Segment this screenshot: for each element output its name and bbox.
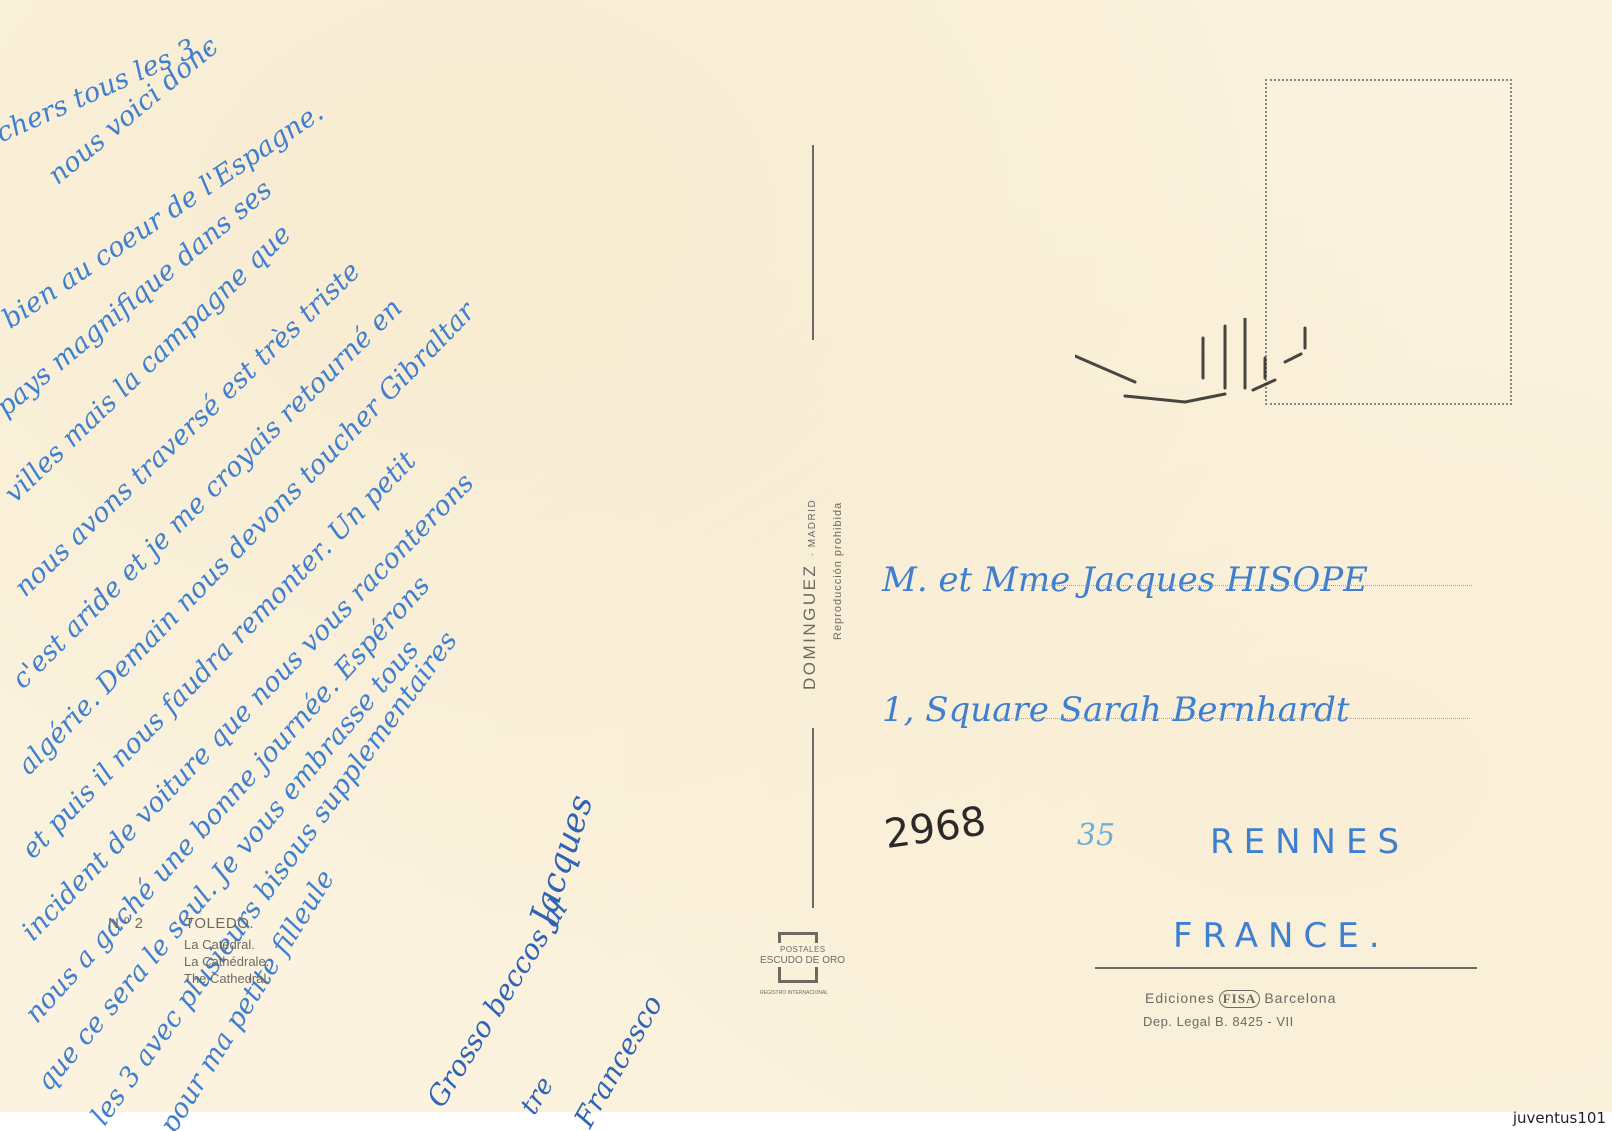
imprint-suffix: Barcelona <box>1264 990 1336 1006</box>
address-dotted-line <box>1027 585 1472 586</box>
address-line-2: 1, Square Sarah Bernhardt <box>882 690 1350 730</box>
caption-line-fr: La Cathédrale. <box>184 954 269 969</box>
address-dotted-line <box>1000 718 1470 719</box>
imprint-prefix: Ediciones <box>1145 990 1215 1006</box>
center-divider-top <box>812 145 814 340</box>
postmark-icon <box>1075 318 1315 418</box>
escudo-logo-registry: REGISTRO INTERNACIONAL <box>760 990 828 996</box>
imprint-publisher: EdicionesFISABarcelona <box>1145 990 1336 1008</box>
postscript-line: Grosso beccos al <box>420 893 575 1113</box>
address-line-1: M. et Mme Jacques HISOPE <box>882 560 1368 600</box>
publisher-name: DOMINGUEZ · MADRID <box>800 499 820 690</box>
publisher-name-text: DOMINGUEZ <box>800 564 819 690</box>
address-city: RENNES <box>1210 822 1409 862</box>
postcard-back: chers tous les 3 . nous voici donc bien … <box>0 0 1612 1112</box>
caption-number: N.º 2 <box>108 915 144 932</box>
publisher-city: · MADRID <box>807 499 818 557</box>
postscript-signature: Francesco <box>567 989 669 1131</box>
center-divider-bottom <box>812 728 814 908</box>
address-postcode: 35 <box>1077 818 1115 853</box>
escudo-logo-name: ESCUDO DE ORO <box>760 955 845 966</box>
pencil-note: 2968 <box>882 798 989 858</box>
escudo-logo-top: POSTALES <box>780 945 826 954</box>
message-line: bien au coeur de l'Espagne. <box>0 97 329 335</box>
imprint-rule <box>1095 967 1477 969</box>
fisa-logo: FISA <box>1219 990 1261 1008</box>
address-country: FRANCE. <box>1173 916 1390 956</box>
caption-line-en: The Cathedral. <box>184 971 270 986</box>
legal-deposit: Dep. Legal B. 8425 - VII <box>1143 1014 1294 1029</box>
postscript-line: tre <box>515 1072 561 1120</box>
reproduction-notice: Reproducción prohibida <box>832 502 844 640</box>
watermark: juventus101 <box>1513 1109 1606 1127</box>
caption-title: TOLEDO. <box>185 915 254 932</box>
caption-line-es: La Catedral. <box>184 937 255 952</box>
